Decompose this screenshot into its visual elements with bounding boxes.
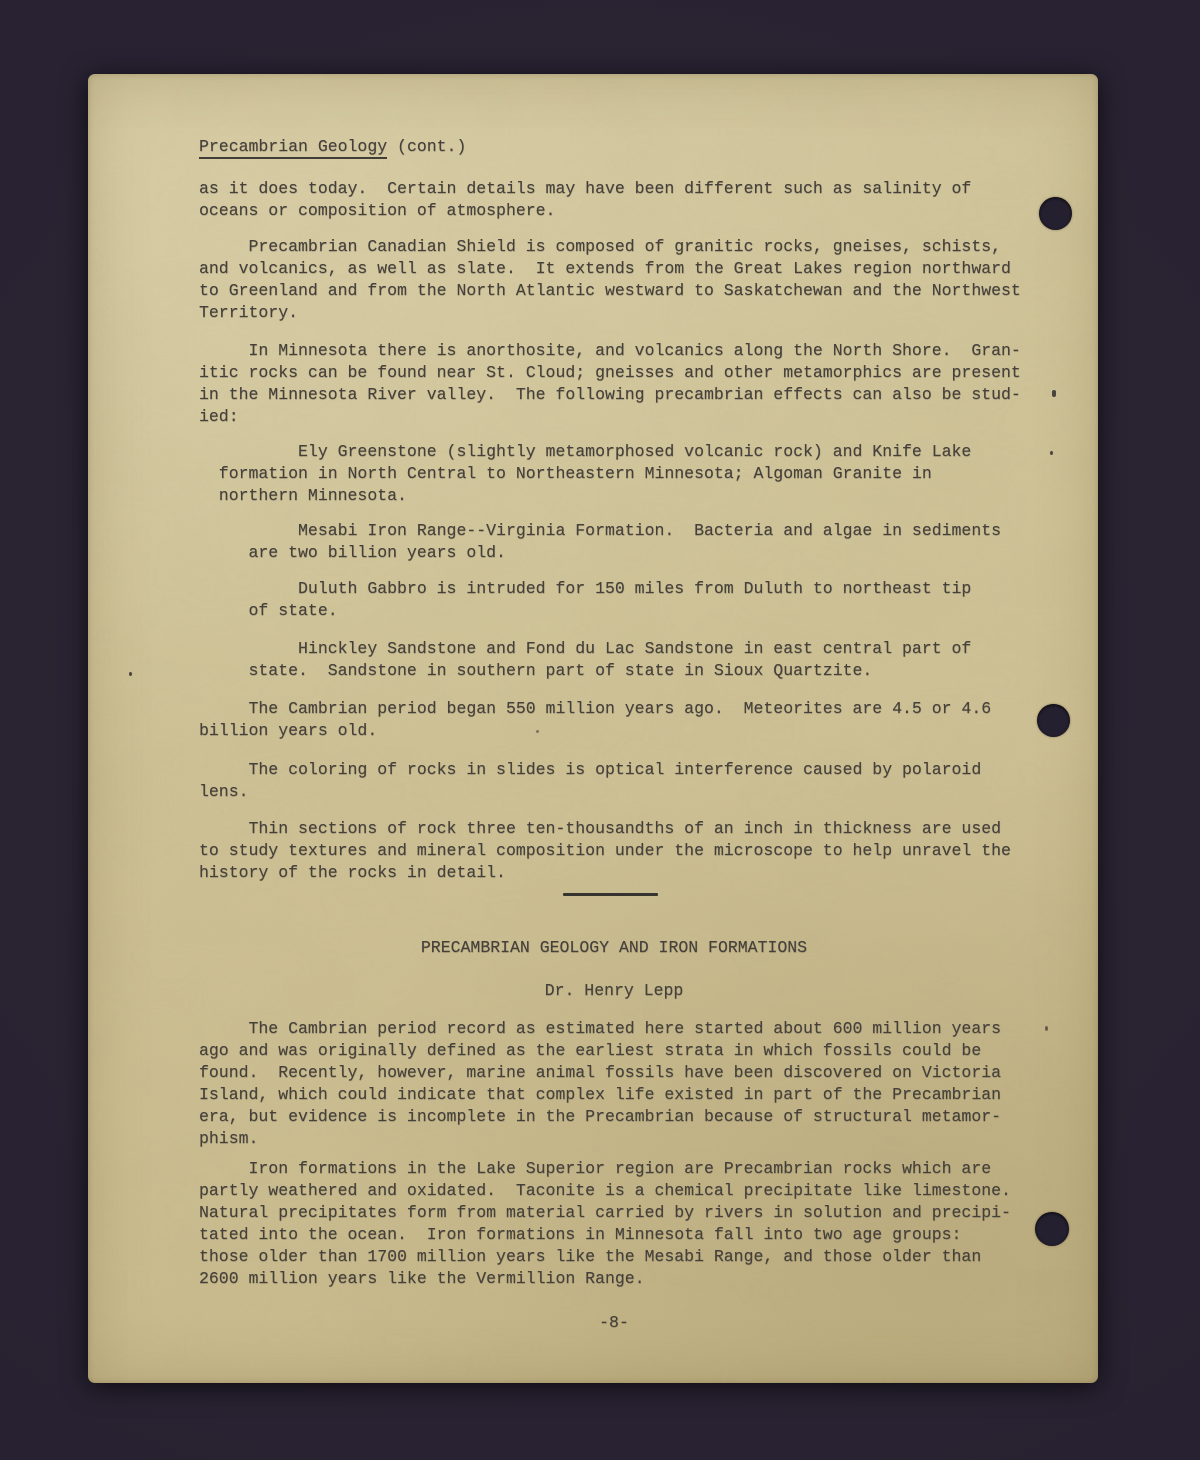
paragraph-iron-formations: Iron formations in the Lake Superior reg… [199, 1158, 1011, 1290]
heading-suffix: (cont.) [387, 137, 466, 156]
paragraph-hinckley-sandstone: Hinckley Sandstone and Fond du Lac Sands… [199, 638, 971, 682]
scan-background: Precambrian Geology (cont.) as it does t… [0, 0, 1200, 1460]
heading-underlined-text: Precambrian Geology [199, 137, 387, 159]
punch-hole-bottom [1035, 1212, 1069, 1246]
ink-speck [536, 730, 539, 733]
paragraph-intro: as it does today. Certain details may ha… [199, 178, 971, 222]
document-page: Precambrian Geology (cont.) as it does t… [88, 74, 1098, 1383]
paragraph-rock-coloring: The coloring of rocks in slides is optic… [199, 759, 981, 803]
ink-speck [1045, 1026, 1048, 1031]
paragraph-cambrian-period: The Cambrian period began 550 million ye… [199, 698, 991, 742]
ink-speck [129, 672, 132, 676]
page-heading: Precambrian Geology (cont.) [199, 136, 466, 158]
section-byline: Dr. Henry Lepp [199, 980, 1029, 1002]
ink-speck [1050, 451, 1053, 455]
page-number: -8- [199, 1312, 1029, 1334]
paragraph-ely-greenstone: Ely Greenstone (slightly metamorphosed v… [199, 441, 971, 507]
paragraph-canadian-shield: Precambrian Canadian Shield is composed … [199, 236, 1021, 324]
section-title: PRECAMBRIAN GEOLOGY AND IRON FORMATIONS [199, 937, 1029, 959]
paragraph-thin-sections: Thin sections of rock three ten-thousand… [199, 818, 1011, 884]
paragraph-cambrian-record: The Cambrian period record as estimated … [199, 1018, 1001, 1150]
punch-hole-middle [1037, 704, 1070, 737]
paragraph-minnesota: In Minnesota there is anorthosite, and v… [199, 340, 1021, 428]
section-divider [563, 893, 658, 896]
punch-hole-top [1039, 197, 1072, 230]
paragraph-mesabi-iron-range: Mesabi Iron Range--Virginia Formation. B… [199, 520, 1001, 564]
paragraph-duluth-gabbro: Duluth Gabbro is intruded for 150 miles … [199, 578, 971, 622]
ink-speck [1052, 390, 1056, 397]
